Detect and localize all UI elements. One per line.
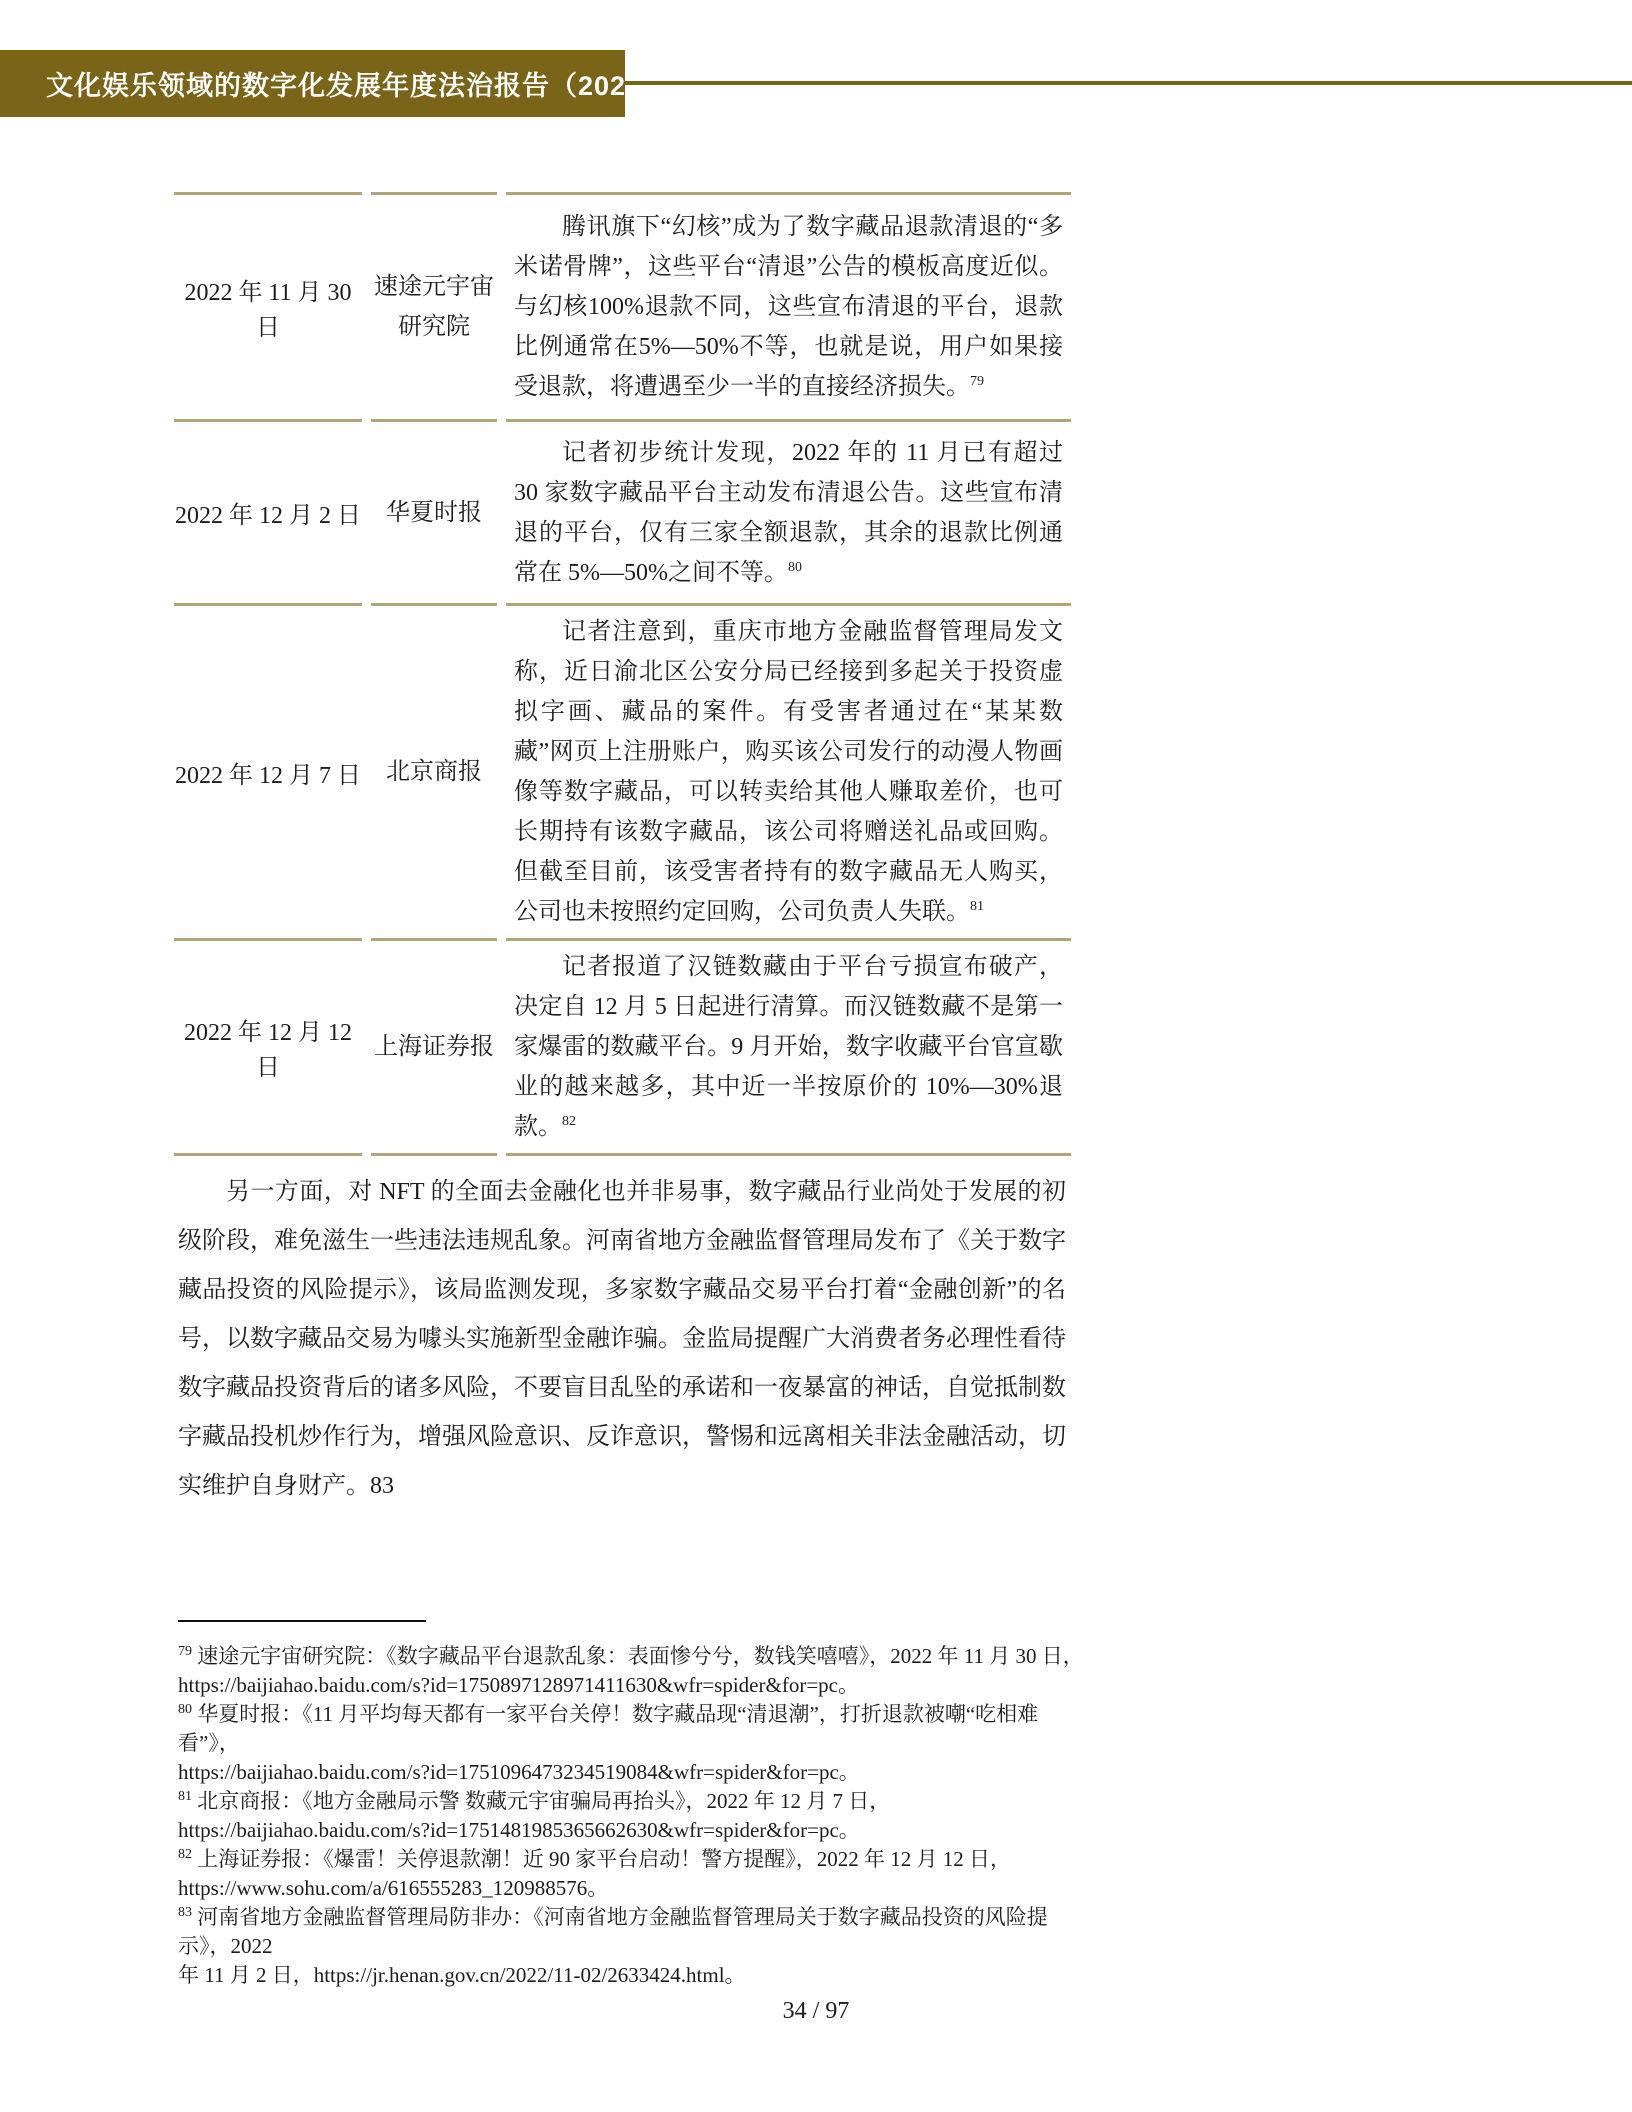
description-text: 记者注意到，重庆市地方金融监督管理局发文称，近日渝北区公安分局已经接到多起关于投… bbox=[514, 612, 1063, 932]
table-row: 2022 年 11 月 30 日 速途元宇宙研究院 腾讯旗下“幻核”成为了数字藏… bbox=[174, 192, 1071, 419]
footnote-text: 华夏时报：《11 月平均每天都有一家平台关停！数字藏品现“清退潮”，打折退款被嘲… bbox=[178, 1702, 1038, 1755]
date-cell: 2022 年 12 月 7 日 bbox=[174, 603, 362, 938]
footnote-text: 河南省地方金融监督管理局防非办：《河南省地方金融监督管理局关于数字藏品投资的风险… bbox=[178, 1905, 1048, 1958]
disclosure-table: 2022 年 11 月 30 日 速途元宇宙研究院 腾讯旗下“幻核”成为了数字藏… bbox=[165, 192, 1080, 1156]
description-cell: 记者注意到，重庆市地方金融监督管理局发文称，近日渝北区公安分局已经接到多起关于投… bbox=[506, 603, 1071, 938]
description-text: 腾讯旗下“幻核”成为了数字藏品退款清退的“多米诺骨牌”，这些平台“清退”公告的模… bbox=[514, 207, 1063, 407]
header-rule bbox=[625, 81, 1632, 85]
table-row: 2022 年 12 月 2 日 华夏时报 记者初步统计发现，2022 年的 11… bbox=[174, 419, 1071, 603]
report-title: 文化娱乐领域的数字化发展年度法治报告（2022） bbox=[46, 64, 670, 103]
date-cell: 2022 年 12 月 12 日 bbox=[174, 938, 362, 1156]
footnote-number: 81 bbox=[178, 1789, 192, 1804]
source-cell: 华夏时报 bbox=[371, 419, 497, 603]
footnote-item: 80 华夏时报：《11 月平均每天都有一家平台关停！数字藏品现“清退潮”，打折退… bbox=[178, 1700, 1084, 1787]
footnote-marker: 79 bbox=[970, 374, 984, 389]
footnote-url: https://www.sohu.com/a/616555283_1209885… bbox=[178, 1874, 1084, 1903]
footnote-marker: 81 bbox=[970, 899, 984, 914]
footnote-url: 年 11 月 2 日，https://jr.henan.gov.cn/2022/… bbox=[178, 1961, 1084, 1990]
description-cell: 记者报道了汉链数藏由于平台亏损宣布破产，决定自 12 月 5 日起进行清算。而汉… bbox=[506, 938, 1071, 1156]
description-cell: 记者初步统计发现，2022 年的 11 月已有超过 30 家数字藏品平台主动发布… bbox=[506, 419, 1071, 603]
date-cell: 2022 年 12 月 2 日 bbox=[174, 419, 362, 603]
report-header-bar: 文化娱乐领域的数字化发展年度法治报告（2022） bbox=[0, 50, 625, 117]
disclosure-table-container: 2022 年 11 月 30 日 速途元宇宙研究院 腾讯旗下“幻核”成为了数字藏… bbox=[165, 192, 1080, 1156]
footnote-text: 北京商报：《地方金融局示警 数藏元宇宙骗局再抬头》，2022 年 12 月 7 … bbox=[197, 1789, 890, 1813]
footnote-item: 81 北京商报：《地方金融局示警 数藏元宇宙骗局再抬头》，2022 年 12 月… bbox=[178, 1787, 1084, 1845]
table-row: 2022 年 12 月 7 日 北京商报 记者注意到，重庆市地方金融监督管理局发… bbox=[174, 603, 1071, 938]
description-body: 记者注意到，重庆市地方金融监督管理局发文称，近日渝北区公安分局已经接到多起关于投… bbox=[514, 619, 1063, 925]
footnote-separator bbox=[178, 1620, 426, 1622]
footnote-item: 79 速途元宇宙研究院：《数字藏品平台退款乱象：表面惨兮兮，数钱笑嘻嘻》，202… bbox=[178, 1642, 1084, 1700]
footnote-text: 速途元宇宙研究院：《数字藏品平台退款乱象：表面惨兮兮，数钱笑嘻嘻》，2022 年… bbox=[197, 1644, 1083, 1668]
footnote-list: 79 速途元宇宙研究院：《数字藏品平台退款乱象：表面惨兮兮，数钱笑嘻嘻》，202… bbox=[178, 1642, 1084, 1990]
description-body: 腾讯旗下“幻核”成为了数字藏品退款清退的“多米诺骨牌”，这些平台“清退”公告的模… bbox=[514, 214, 1063, 400]
body-paragraph: 另一方面，对 NFT 的全面去金融化也并非易事，数字藏品行业尚处于发展的初级阶段… bbox=[178, 1168, 1066, 1511]
footnote-url: https://baijiahao.baidu.com/s?id=1751096… bbox=[178, 1758, 1084, 1787]
source-cell: 北京商报 bbox=[371, 603, 497, 938]
footnote-number: 82 bbox=[178, 1847, 192, 1862]
page-number: 34 / 97 bbox=[0, 1998, 1632, 2025]
description-text: 记者初步统计发现，2022 年的 11 月已有超过 30 家数字藏品平台主动发布… bbox=[514, 433, 1063, 593]
source-cell: 速途元宇宙研究院 bbox=[371, 192, 497, 419]
footnote-number: 79 bbox=[178, 1644, 192, 1659]
footnote-item: 83 河南省地方金融监督管理局防非办：《河南省地方金融监督管理局关于数字藏品投资… bbox=[178, 1903, 1084, 1990]
footnote-text: 上海证券报：《爆雷！关停退款潮！近 90 家平台启动！警方提醒》，2022 年 … bbox=[197, 1847, 1011, 1871]
footnote-marker: 80 bbox=[788, 560, 802, 575]
description-body: 记者报道了汉链数藏由于平台亏损宣布破产，决定自 12 月 5 日起进行清算。而汉… bbox=[514, 954, 1063, 1140]
footnote-url: https://baijiahao.baidu.com/s?id=1751481… bbox=[178, 1816, 1084, 1845]
date-cell: 2022 年 11 月 30 日 bbox=[174, 192, 362, 419]
footnote-marker: 82 bbox=[562, 1114, 576, 1129]
footnote-url: https://baijiahao.baidu.com/s?id=1750897… bbox=[178, 1671, 1084, 1700]
source-cell: 上海证券报 bbox=[371, 938, 497, 1156]
table-row: 2022 年 12 月 12 日 上海证券报 记者报道了汉链数藏由于平台亏损宣布… bbox=[174, 938, 1071, 1156]
description-cell: 腾讯旗下“幻核”成为了数字藏品退款清退的“多米诺骨牌”，这些平台“清退”公告的模… bbox=[506, 192, 1071, 419]
description-text: 记者报道了汉链数藏由于平台亏损宣布破产，决定自 12 月 5 日起进行清算。而汉… bbox=[514, 947, 1063, 1147]
footnote-item: 82 上海证券报：《爆雷！关停退款潮！近 90 家平台启动！警方提醒》，2022… bbox=[178, 1845, 1084, 1903]
footnote-number: 80 bbox=[178, 1702, 192, 1717]
footnote-number: 83 bbox=[178, 1905, 192, 1920]
